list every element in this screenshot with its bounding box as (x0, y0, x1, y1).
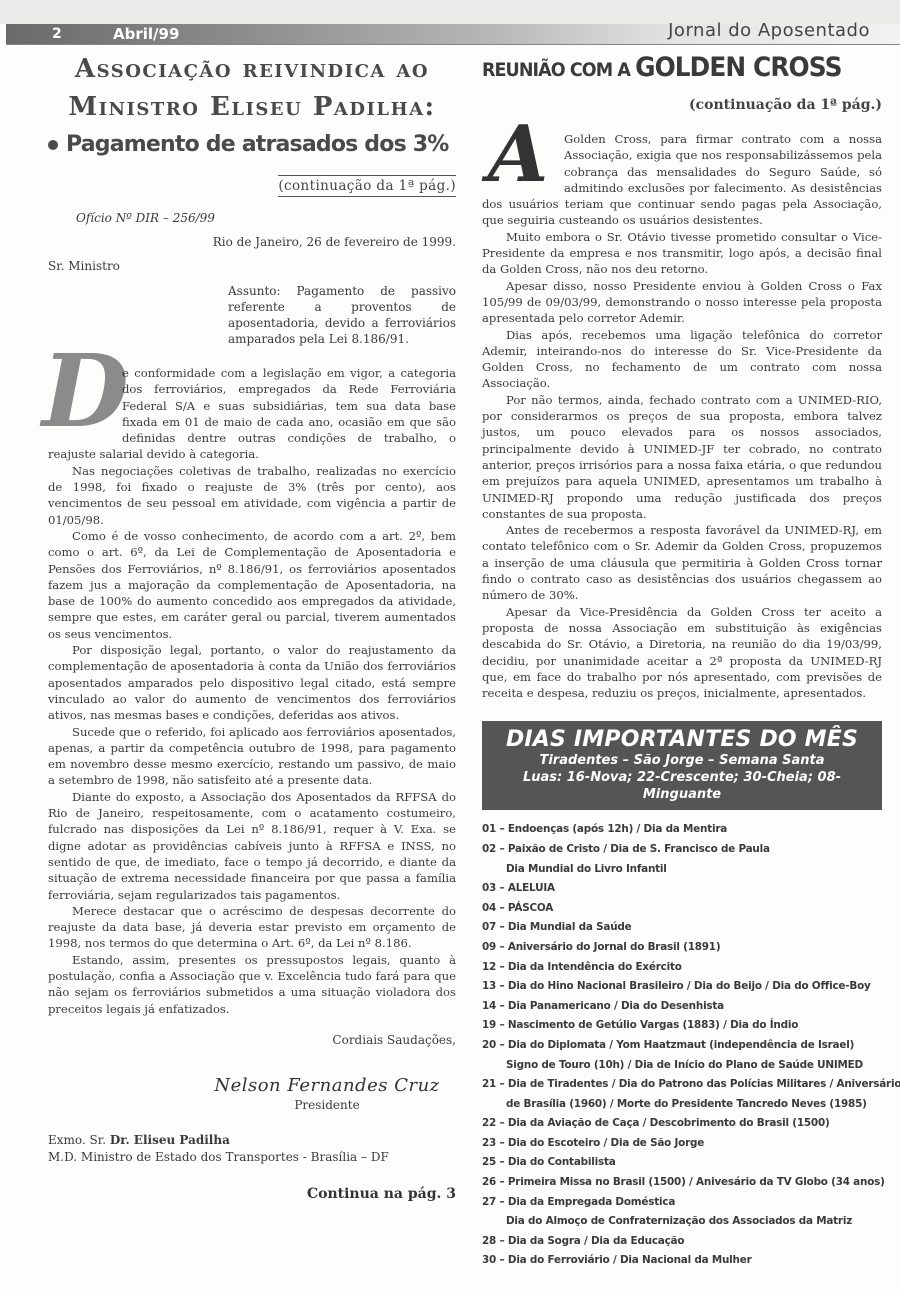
paragraph: Nas negociações coletivas de trabalho, r… (48, 463, 456, 528)
list-item: 03 – ALELUIA (482, 879, 882, 899)
important-days-list: 01 – Endoenças (após 12h) / Dia da Menti… (482, 820, 882, 1271)
title-brand: GOLDEN CROSS (635, 52, 841, 83)
addressee-title: M.D. Ministro de Estado dos Transportes … (48, 1150, 389, 1164)
list-item: 02 – Paixão de Cristo / Dia de S. Franci… (482, 840, 882, 860)
continuation-text: (continuação da 1ª pág.) (278, 175, 456, 197)
addressee-prefix: Exmo. Sr. (48, 1133, 110, 1147)
list-item: de Brasília (1960) / Morte do Presidente… (482, 1095, 882, 1115)
list-item: 04 – PÁSCOA (482, 899, 882, 919)
list-item: 19 – Nascimento de Getúlio Vargas (1883)… (482, 1016, 882, 1036)
paragraph: Como é de vosso conhecimento, de acordo … (48, 528, 456, 642)
list-item: 26 – Primeira Missa no Brasil (1500) / A… (482, 1173, 882, 1193)
list-item: 09 – Aniversário do Jornal do Brasil (18… (482, 938, 882, 958)
moon-phases: Luas: 16-Nova; 22-Crescente; 30-Cheia; 0… (488, 769, 876, 803)
addressee: Exmo. Sr. Dr. Eliseu Padilha M.D. Minist… (48, 1132, 456, 1166)
paragraph: Por não termos, ainda, fechado contrato … (482, 392, 882, 522)
list-item: 01 – Endoenças (após 12h) / Dia da Menti… (482, 820, 882, 840)
list-item: 23 – Dia do Escoteiro / Dia de São Jorge (482, 1134, 882, 1154)
dropcap-a: A (482, 125, 554, 185)
letter-date: Rio de Janeiro, 26 de fevereiro de 1999. (48, 235, 456, 249)
list-item: 28 – Dia da Sogra / Dia da Educação (482, 1232, 882, 1252)
dropcap-d: D (42, 349, 114, 433)
list-item: 25 – Dia do Contabilista (482, 1153, 882, 1173)
oficio-number: Ofício Nº DIR – 256/99 (48, 211, 456, 225)
subheadline-text: Pagamento de atrasados dos 3% (66, 132, 448, 157)
headline-line-1: Associação reivindica ao (48, 50, 456, 88)
addressee-name: Dr. Eliseu Padilha (110, 1133, 230, 1147)
headline-line-2: Ministro Eliseu Padilha: (48, 88, 456, 126)
important-days-subtitle: Tiradentes – São Jorge – Semana Santa (488, 752, 876, 769)
list-item: 22 – Dia da Aviação de Caça / Descobrime… (482, 1114, 882, 1134)
list-item: 21 – Dia de Tiradentes / Dia do Patrono … (482, 1075, 882, 1095)
paragraph: Sucede que o referido, foi aplicado aos … (48, 724, 456, 789)
paragraph: Muito embora o Sr. Otávio tivesse promet… (482, 229, 882, 278)
list-item: Dia Mundial do Livro Infantil (482, 860, 882, 880)
signature-title: Presidente (198, 1098, 456, 1112)
letter-subject: Assunto: Pagamento de passivo referente … (228, 283, 456, 347)
continuation-note: (continuação da 1ª pág.) (48, 175, 456, 197)
continues-note: Continua na pág. 3 (48, 1186, 456, 1202)
left-article: Associação reivindica ao Ministro Eliseu… (48, 50, 456, 1202)
headline: Associação reivindica ao Ministro Eliseu… (48, 50, 456, 126)
list-item: 27 – Dia da Empregada Doméstica (482, 1193, 882, 1213)
paragraph: Dias após, recebemos uma ligação telefôn… (482, 327, 882, 392)
paragraph: Por disposição legal, portanto, o valor … (48, 642, 456, 723)
article-body: A Golden Cross, para firmar contrato com… (482, 131, 882, 701)
important-days-banner: DIAS IMPORTANTES DO MÊS Tiradentes – São… (482, 721, 882, 810)
signature: Nelson Fernandes Cruz (198, 1075, 456, 1096)
paragraph: Diante do exposto, a Associação dos Apos… (48, 789, 456, 903)
list-item: 30 – Dia do Ferroviário / Dia Nacional d… (482, 1251, 882, 1271)
list-item: 12 – Dia da Intendência do Exército (482, 958, 882, 978)
issue-date: Abril/99 (113, 25, 179, 43)
list-item: 20 – Dia do Diplomata / Yom Haatzmaut (i… (482, 1036, 882, 1056)
paragraph: Antes de recebermos a resposta favorável… (482, 522, 882, 603)
important-days-title: DIAS IMPORTANTES DO MÊS (488, 727, 876, 752)
bullet-icon (48, 140, 58, 150)
title-prefix: Reunião com a (482, 59, 635, 81)
article-title: Reunião com a GOLDEN CROSS (482, 52, 850, 83)
right-article: Reunião com a GOLDEN CROSS (continuação … (482, 52, 882, 1271)
list-item: Dia do Almoço de Confraternização dos As… (482, 1212, 882, 1232)
paragraph: Merece destacar que o acréscimo de despe… (48, 903, 456, 952)
letter-greeting: Sr. Ministro (48, 259, 456, 273)
paragraph: Apesar da Vice-Presidência da Golden Cro… (482, 604, 882, 702)
list-item: 07 – Dia Mundial da Saúde (482, 918, 882, 938)
subheadline: Pagamento de atrasados dos 3% (48, 132, 456, 157)
list-item: 13 – Dia do Hino Nacional Brasileiro / D… (482, 977, 882, 997)
list-item: Signo de Touro (10h) / Dia de Início do … (482, 1056, 882, 1076)
list-item: 14 – Dia Panamericano / Dia do Desenhist… (482, 997, 882, 1017)
letter-closing: Cordiais Saudações, (48, 1033, 456, 1047)
paragraph: Estando, assim, presentes os pressuposto… (48, 952, 456, 1017)
page-header-bar: 2 Abril/99 Jornal do Aposentado (6, 24, 900, 45)
letter-body: D e conformidade com a legislação em vig… (48, 365, 456, 1017)
newspaper-name: Jornal do Aposentado (668, 20, 870, 41)
page-number: 2 (52, 26, 62, 42)
paragraph: Apesar disso, nosso Presidente enviou à … (482, 278, 882, 327)
